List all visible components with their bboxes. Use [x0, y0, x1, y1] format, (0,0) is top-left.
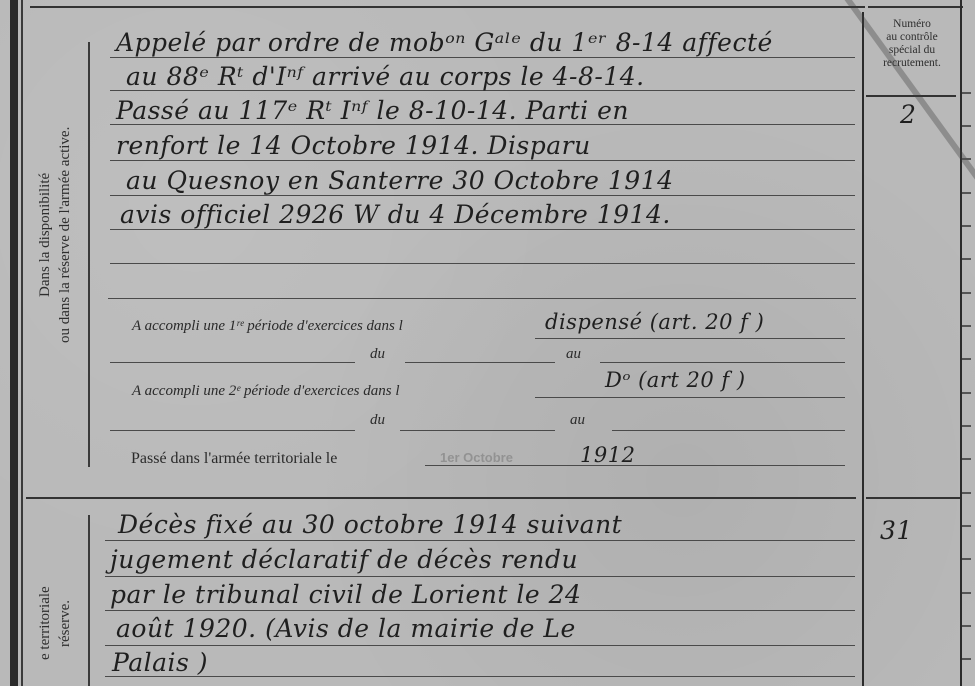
fill-line	[612, 430, 845, 431]
edge-tick	[962, 158, 971, 160]
section-brace	[88, 42, 90, 467]
edge-tick	[962, 658, 971, 660]
edge-tick	[962, 192, 971, 194]
territorial-year: 1912	[580, 443, 635, 467]
section-brace	[88, 515, 90, 686]
header-line: recrutement.	[868, 57, 956, 70]
side-label-line: Dans la disponibilité	[35, 95, 55, 375]
handwritten-line: Appelé par ordre de mobᵒⁿ Gᵃˡᵉ du 1ᵉʳ 8-…	[116, 28, 773, 57]
number-column-border	[862, 12, 864, 686]
writing-rule	[110, 160, 855, 161]
side-label-line: e territoriale	[35, 560, 55, 686]
handwritten-line: renfort le 14 Octobre 1914. Disparu	[116, 131, 591, 160]
edge-tick	[962, 92, 971, 94]
edge-tick	[962, 225, 971, 227]
edge-tick	[962, 525, 971, 527]
fill-line	[400, 430, 555, 431]
territorial-date-stamp: 1er Octobre	[440, 450, 513, 465]
right-column-border	[960, 0, 962, 686]
top-rule-right	[868, 6, 963, 8]
handwritten-line: Décès fixé au 30 octobre 1914 suivant	[118, 510, 622, 539]
au-label: au	[566, 346, 581, 363]
control-number: 2	[900, 100, 916, 129]
edge-tick	[962, 492, 971, 494]
writing-rule	[105, 576, 855, 577]
edge-tick	[962, 425, 971, 427]
edge-tick	[962, 592, 971, 594]
section-divider	[26, 497, 856, 499]
handwritten-line: par le tribunal civil de Lorient le 24	[110, 580, 581, 609]
writing-rule	[105, 540, 855, 541]
second-period-label: A accompli une 2ᵉ période d'exercices da…	[132, 383, 399, 400]
handwritten-line: Passé au 117ᵉ Rᵗ Iⁿᶠ le 8-10-14. Parti e…	[116, 96, 629, 125]
header-line: Numéro	[868, 18, 956, 31]
edge-tick	[962, 392, 971, 394]
writing-rule	[105, 645, 855, 646]
writing-rule	[110, 57, 855, 58]
fill-line	[110, 362, 355, 363]
edge-tick	[962, 625, 971, 627]
first-period-label: A accompli une 1ʳᵉ période d'exercices d…	[132, 318, 403, 335]
control-number: 31	[880, 516, 913, 545]
au-label: au	[570, 412, 585, 429]
top-rule	[30, 6, 865, 8]
section-divider-right	[866, 497, 960, 499]
second-period-value: Dᵒ (art 20 f )	[605, 368, 746, 392]
handwritten-line: avis officiel 2926 W du 4 Décembre 1914.	[120, 200, 671, 229]
page-border-thick	[10, 0, 18, 686]
writing-rule	[110, 229, 855, 230]
fill-line	[600, 362, 845, 363]
fill-line	[405, 362, 555, 363]
edge-tick	[962, 292, 971, 294]
writing-rule	[110, 195, 855, 196]
writing-rule	[105, 676, 855, 677]
header-underline	[866, 95, 956, 97]
edge-tick	[962, 558, 971, 560]
writing-rule	[105, 610, 855, 611]
writing-rule	[108, 298, 856, 299]
handwritten-line: Palais )	[112, 648, 208, 677]
fill-line	[535, 397, 845, 398]
handwritten-line: au 88ᵉ Rᵗ d'Iⁿᶠ arrivé au corps le 4-8-1…	[126, 62, 645, 91]
side-label-line: ou dans la réserve de l'armée active.	[55, 95, 75, 375]
handwritten-line: jugement déclaratif de décès rendu	[110, 545, 578, 574]
du-label: du	[370, 346, 385, 363]
fill-line	[535, 338, 845, 339]
handwritten-line: au Quesnoy en Santerre 30 Octobre 1914	[126, 166, 674, 195]
edge-tick	[962, 458, 971, 460]
edge-tick	[962, 125, 971, 127]
territorial-label: Passé dans l'armée territoriale le	[131, 450, 337, 468]
edge-tick	[962, 358, 971, 360]
edge-tick	[962, 325, 971, 327]
du-label: du	[370, 412, 385, 429]
page-border-thin	[21, 0, 23, 686]
side-label-active-reserve: Dans la disponibilité ou dans la réserve…	[35, 95, 75, 375]
side-label-territorial: e territoriale réserve.	[35, 560, 75, 686]
side-label-line: réserve.	[55, 560, 75, 686]
fill-line	[110, 430, 355, 431]
edge-tick	[962, 258, 971, 260]
first-period-value: dispensé (art. 20 f )	[545, 310, 764, 334]
writing-rule	[110, 263, 855, 264]
handwritten-line: août 1920. (Avis de la mairie de Le	[116, 614, 576, 643]
